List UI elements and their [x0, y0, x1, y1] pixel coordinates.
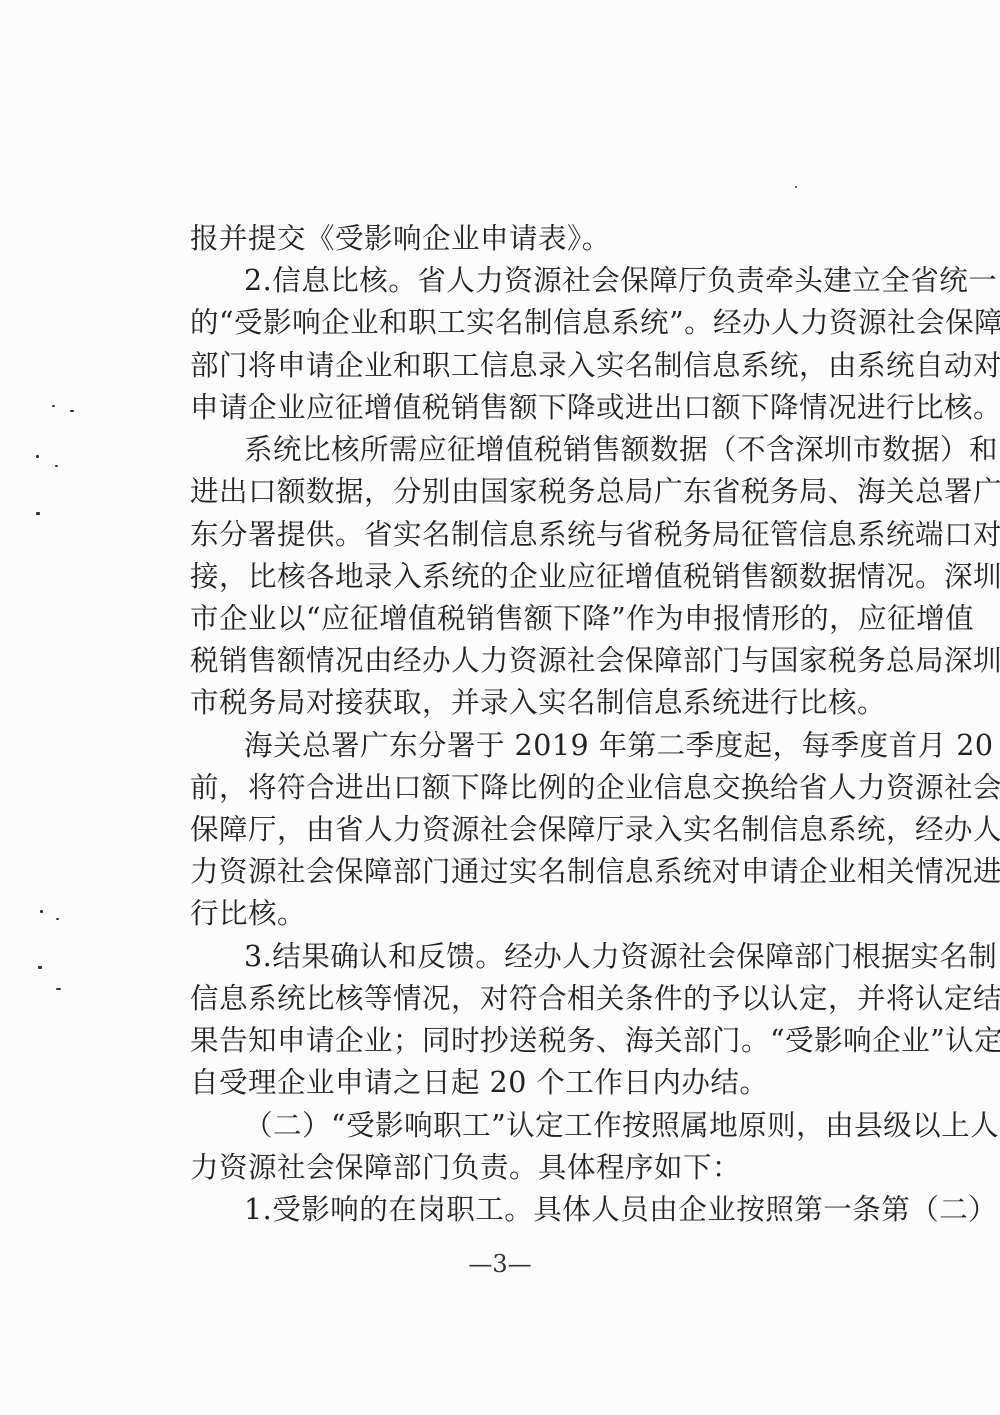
scan-artifact [52, 405, 55, 407]
text-line: 申请企业应征增值税销售额下降或进出口额下降情况进行比核。 [190, 388, 890, 428]
text-line: 市企业以“应征增值税销售额下降”作为申报情形的，应征增值 [190, 599, 890, 639]
text-line: 进出口额数据，分别由国家税务总局广东省税务局、海关总署广 [190, 472, 890, 512]
page-number: —3— [0, 1250, 1000, 1278]
scan-artifact [55, 465, 58, 467]
text-line: 接，比核各地录入系统的企业应征增值税销售额数据情况。深圳 [190, 557, 890, 597]
text-line: （二）“受影响职工”认定工作按照属地原则，由县级以上人 [244, 1106, 890, 1146]
text-line: 东分署提供。省实名制信息系统与省税务局征管信息系统端口对 [190, 515, 890, 555]
text-line: 市税务局对接获取，并录入实名制信息系统进行比核。 [190, 683, 890, 723]
text-line: 2.信息比核。省人力资源社会保障厅负责牵头建立全省统一 [244, 261, 890, 301]
scan-artifact [38, 966, 42, 969]
scan-artifact [56, 988, 61, 990]
text-line: 行比核。 [190, 894, 890, 934]
text-line: 税销售额情况由经办人力资源社会保障部门与国家税务总局深圳 [190, 641, 890, 681]
text-line: 力资源社会保障部门负责。具体程序如下： [190, 1148, 890, 1188]
text-line: 报并提交《受影响企业申请表》。 [190, 219, 890, 259]
text-line: 信息系统比核等情况，对符合相关条件的予以认定，并将认定结 [190, 979, 890, 1019]
text-line: 的“受影响企业和职工实名制信息系统”。经办人力资源社会保障 [190, 303, 890, 343]
text-line: 3.结果确认和反馈。经办人力资源社会保障部门根据实名制 [244, 937, 890, 977]
text-line: 果告知申请企业；同时抄送税务、海关部门。“受影响企业”认定 [190, 1021, 890, 1061]
text-line: 海关总署广东分署于 2019 年第二季度起，每季度首月 20 日 [244, 726, 890, 766]
text-line: 力资源社会保障部门通过实名制信息系统对申请企业相关情况进 [190, 852, 890, 892]
text-line: 1.受影响的在岗职工。具体人员由企业按照第一条第（二） [244, 1190, 890, 1230]
document-page: 报并提交《受影响企业申请表》。 2.信息比核。省人力资源社会保障厅负责牵头建立全… [0, 0, 1000, 1415]
text-line: 部门将申请企业和职工信息录入实名制信息系统，由系统自动对 [190, 346, 890, 386]
text-line: 自受理企业申请之日起 20 个工作日内办结。 [190, 1063, 890, 1103]
scan-artifact [795, 186, 797, 188]
scan-artifact [36, 512, 40, 515]
scan-artifact [70, 410, 74, 412]
scan-artifact [56, 918, 59, 920]
scan-artifact [36, 455, 39, 458]
text-line: 前，将符合进出口额下降比例的企业信息交换给省人力资源社会 [190, 768, 890, 808]
scan-artifact [40, 910, 43, 913]
text-line: 系统比核所需应征增值税销售额数据（不含深圳市数据）和 [244, 430, 890, 470]
text-line: 保障厅，由省人力资源社会保障厅录入实名制信息系统，经办人 [190, 810, 890, 850]
